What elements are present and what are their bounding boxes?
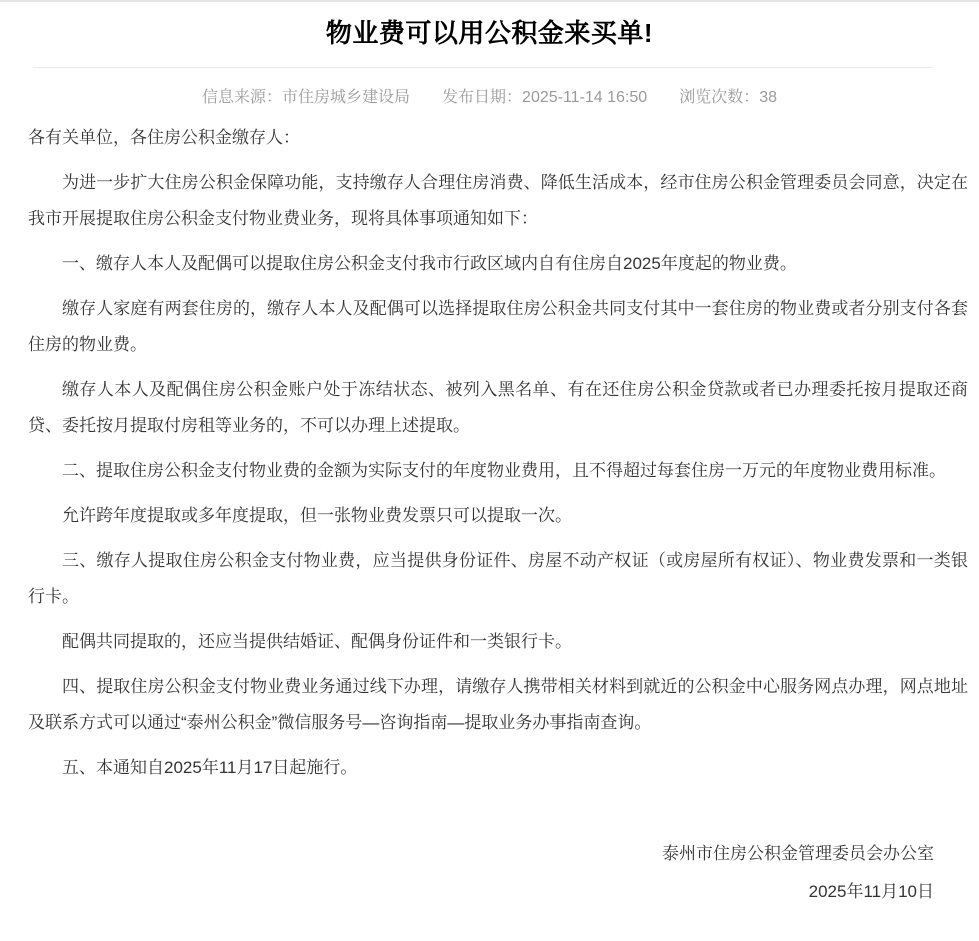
meta-publish-date-label: 发布日期： — [442, 89, 522, 106]
article-paragraph: 允许跨年度提取或多年度提取，但一张物业费发票只可以提取一次。 — [28, 498, 968, 534]
article-paragraph: 为进一步扩大住房公积金保障功能，支持缴存人合理住房消费、降低生活成本，经市住房公… — [28, 165, 968, 237]
meta-source-value: 市住房城乡建设局 — [282, 89, 410, 106]
signature-date: 2025年11月10日 — [0, 874, 934, 910]
signature-organization: 泰州市住房公积金管理委员会办公室 — [0, 836, 934, 872]
title-divider — [33, 67, 933, 68]
article-meta: 信息来源：市住房城乡建设局 发布日期：2025-11-14 16:50 浏览次数… — [0, 88, 979, 108]
article-paragraph: 缴存人本人及配偶住房公积金账户处于冻结状态、被列入黑名单、有在还住房公积金贷款或… — [28, 372, 968, 444]
article-paragraph: 各有关单位，各住房公积金缴存人： — [28, 120, 968, 156]
article-paragraph: 四、提取住房公积金支付物业费业务通过线下办理，请缴存人携带相关材料到就近的公积金… — [28, 669, 968, 741]
meta-publish-date: 发布日期：2025-11-14 16:50 — [442, 88, 647, 108]
article-paragraph: 五、本通知自2025年11月17日起施行。 — [28, 750, 968, 786]
article-paragraph: 三、缴存人提取住房公积金支付物业费，应当提供身份证件、房屋不动产权证（或房屋所有… — [28, 543, 968, 615]
signature-block: 泰州市住房公积金管理委员会办公室 2025年11月10日 — [0, 836, 979, 910]
meta-view-count-value: 38 — [759, 89, 777, 106]
notice-page: 物业费可以用公积金来买单! 信息来源：市住房城乡建设局 发布日期：2025-11… — [0, 0, 979, 941]
article-paragraph: 缴存人家庭有两套住房的，缴存人本人及配偶可以选择提取住房公积金共同支付其中一套住… — [28, 291, 968, 363]
meta-publish-date-value: 2025-11-14 16:50 — [522, 89, 647, 106]
meta-view-count-label: 浏览次数： — [679, 89, 759, 106]
article-paragraph: 配偶共同提取的，还应当提供结婚证、配偶身份证件和一类银行卡。 — [28, 624, 968, 660]
article-body: 各有关单位，各住房公积金缴存人：为进一步扩大住房公积金保障功能，支持缴存人合理住… — [0, 120, 979, 786]
article-paragraph: 二、提取住房公积金支付物业费的金额为实际支付的年度物业费用，且不得超过每套住房一… — [28, 453, 968, 489]
meta-view-count: 浏览次数：38 — [679, 88, 777, 108]
page-title: 物业费可以用公积金来买单! — [0, 2, 979, 50]
meta-source: 信息来源：市住房城乡建设局 — [202, 88, 410, 108]
article-paragraph: 一、缴存人本人及配偶可以提取住房公积金支付我市行政区域内自有住房自2025年度起… — [28, 246, 968, 282]
meta-source-label: 信息来源： — [202, 89, 282, 106]
